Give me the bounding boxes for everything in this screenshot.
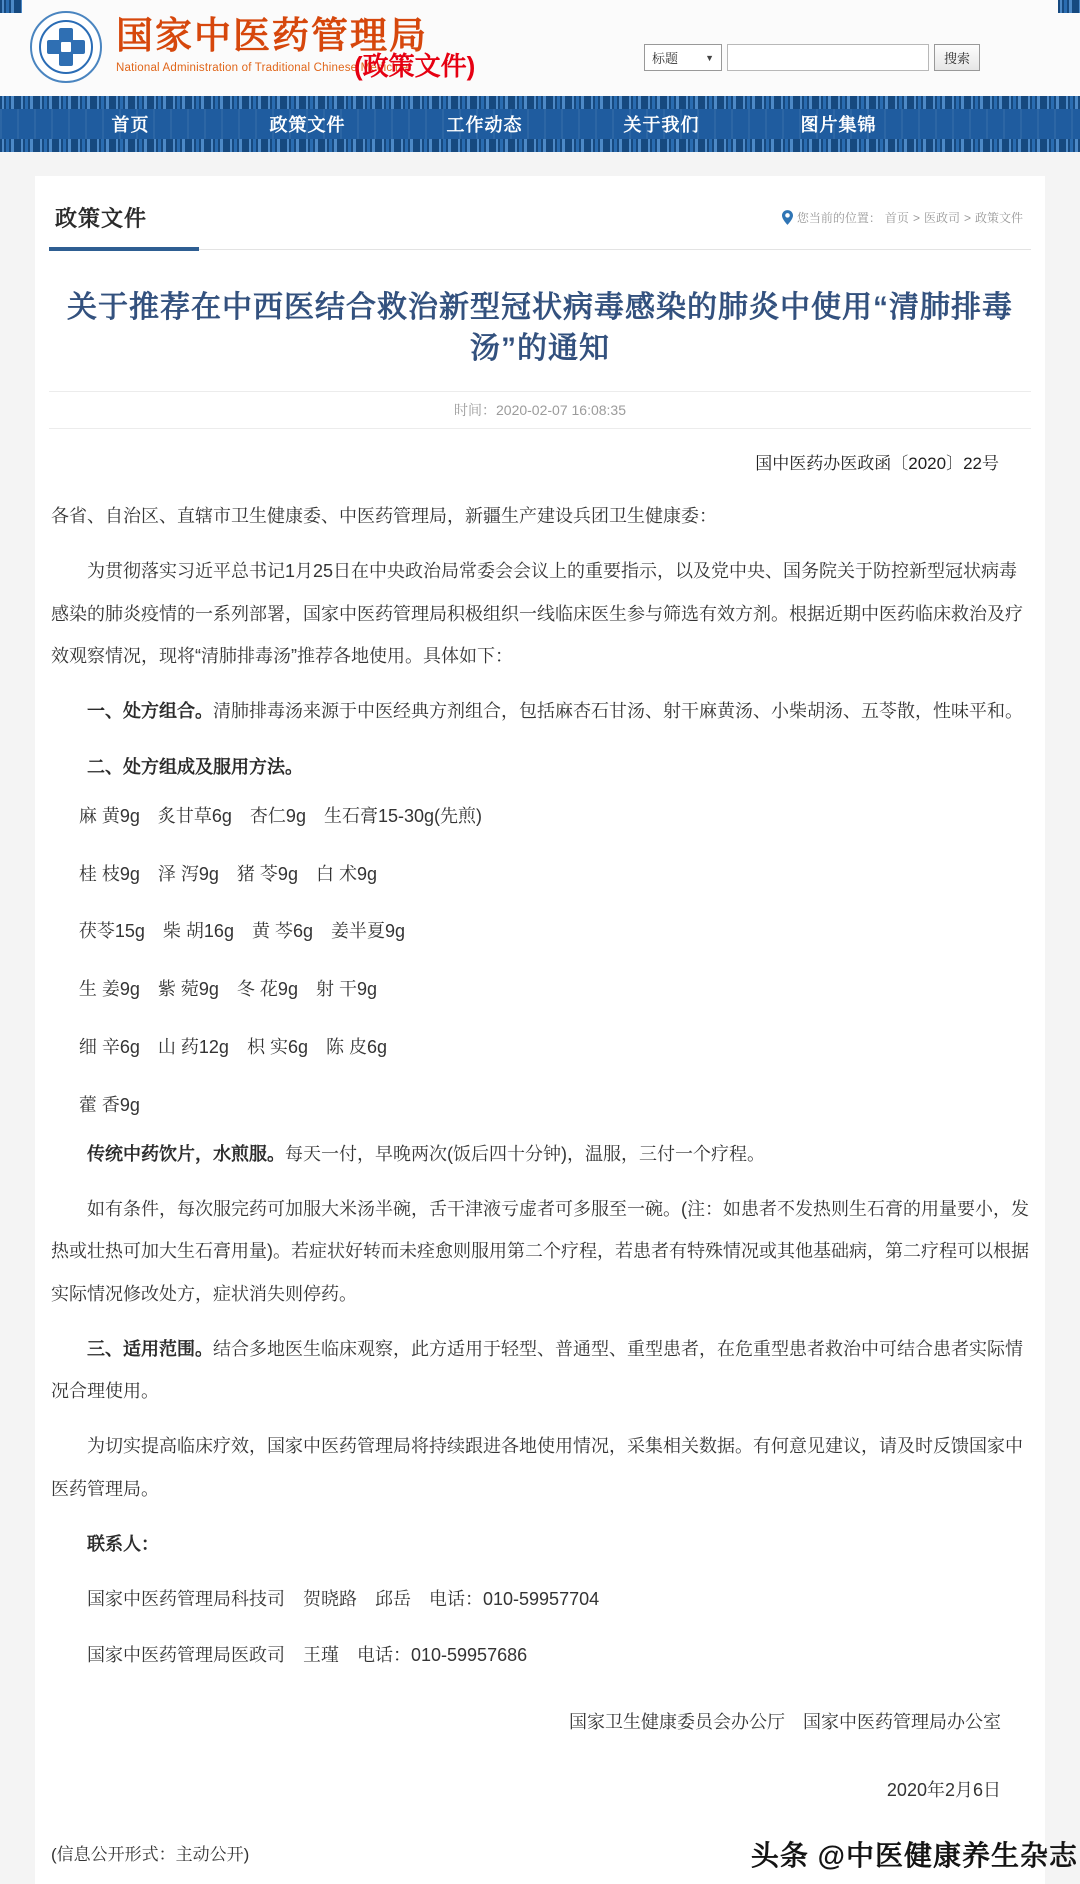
section-divider [49, 249, 1031, 250]
main-area: 政策文件 您当前的位置： 首页 > 医政司 > 政策文件 关于推荐在中西医结合救… [0, 152, 1080, 1884]
paragraph-text: 每天一付，早晚两次(饭后四十分钟)，温服，三付一个疗程。 [285, 1144, 765, 1164]
paragraph-feedback: 为切实提高临床疗效，国家中医药管理局将持续跟进各地使用情况，采集相关数据。有何意… [51, 1425, 1029, 1510]
contact-line-1: 国家中医药管理局科技司 贺晓路 邱岳 电话：010-59957704 [51, 1578, 1029, 1620]
search-category-value: 标题 [652, 48, 678, 67]
breadcrumb-dept[interactable]: 医政司 [924, 209, 960, 226]
paragraph-lead: 联系人： [87, 1534, 159, 1554]
emblem-inner-ring [39, 20, 93, 74]
nav-item-about[interactable]: 关于我们 [573, 111, 750, 137]
paragraph-usage: 传统中药饮片，水煎服。每天一付，早晚两次(饭后四十分钟)，温服，三付一个疗程。 [51, 1133, 1029, 1175]
breadcrumb: 您当前的位置： 首页 > 医政司 > 政策文件 [782, 209, 1023, 226]
frame-corner-right [1058, 0, 1080, 13]
watermark: 头条 @中医健康养生杂志 [751, 1834, 1078, 1874]
contact-heading: 联系人： [51, 1523, 1029, 1565]
active-tab-underline [49, 247, 199, 251]
breadcrumb-separator: > [964, 211, 971, 225]
content-card: 政策文件 您当前的位置： 首页 > 医政司 > 政策文件 关于推荐在中西医结合救… [35, 176, 1045, 1884]
prescription-row: 茯苓15g 柴 胡16g 黄 芩6g 姜半夏9g [79, 917, 1029, 946]
signoff-date: 2020年2月6日 [79, 1772, 1001, 1808]
paragraph-text: 为贯彻落实习近平总书记1月25日在中央政治局常委会会议上的重要指示，以及党中央、… [51, 561, 1023, 666]
contact-line-2: 国家中医药管理局医政司 王瑾 电话：010-59957686 [51, 1634, 1029, 1676]
nav-item-gallery[interactable]: 图片集锦 [750, 111, 927, 137]
salutation: 各省、自治区、直辖市卫生健康委、中医药管理局，新疆生产建设兵团卫生健康委： [51, 496, 1029, 537]
breadcrumb-home[interactable]: 首页 [885, 209, 909, 226]
prescription-row: 细 辛6g 山 药12g 枳 实6g 陈 皮6g [79, 1033, 1029, 1062]
card-head: 政策文件 您当前的位置： 首页 > 医政司 > 政策文件 [49, 176, 1031, 249]
paragraph-lead: 二、处方组成及服用方法。 [87, 757, 303, 777]
search-input[interactable] [727, 44, 929, 71]
emblem-logo [30, 11, 102, 83]
doc-number: 国中医药办医政函〔2020〕22号 [81, 449, 999, 474]
paragraph-lead: 一、处方组合。 [87, 701, 213, 721]
search-button[interactable]: 搜索 [934, 44, 980, 71]
time-label: 时间： [454, 402, 496, 418]
paragraph-section-2: 二、处方组成及服用方法。 [51, 746, 1029, 788]
breadcrumb-separator: > [913, 211, 920, 225]
prescription-row: 生 姜9g 紫 菀9g 冬 花9g 射 干9g [79, 975, 1029, 1004]
article-title: 关于推荐在中西医结合救治新型冠状病毒感染的肺炎中使用“清肺排毒汤”的通知 [49, 288, 1031, 369]
nav-item-news[interactable]: 工作动态 [396, 111, 573, 137]
search-bar: 标题 ▼ 搜索 [644, 44, 980, 71]
emblem-cross-core [61, 42, 71, 52]
page-tag: (政策文件) [354, 46, 475, 83]
main-nav: 首页 政策文件 工作动态 关于我们 图片集锦 [0, 96, 1080, 152]
section-title: 政策文件 [55, 202, 147, 233]
location-pin-icon [782, 210, 793, 225]
nav-item-policy[interactable]: 政策文件 [219, 111, 396, 137]
nav-item-home[interactable]: 首页 [42, 111, 219, 137]
prescription-row: 麻 黄9g 炙甘草6g 杏仁9g 生石膏15-30g(先煎) [79, 802, 1029, 831]
nav-fret-bottom [0, 139, 1080, 152]
prescription-row: 藿 香9g [79, 1091, 1029, 1120]
paragraph-text: 如有条件，每次服完药可加服大米汤半碗，舌干津液亏虚者可多服至一碗。(注：如患者不… [51, 1199, 1029, 1304]
prescription-row: 桂 枝9g 泽 泻9g 猪 苓9g 白 术9g [79, 860, 1029, 889]
article-meta-bar: 时间：2020-02-07 16:08:35 [49, 391, 1031, 429]
paragraph-text: 为切实提高临床疗效，国家中医药管理局将持续跟进各地使用情况，采集相关数据。有何意… [51, 1436, 1023, 1498]
paragraph-note: 如有条件，每次服完药可加服大米汤半碗，舌干津液亏虚者可多服至一碗。(注：如患者不… [51, 1188, 1029, 1315]
paragraph-lead: 传统中药饮片，水煎服。 [87, 1144, 285, 1164]
paragraph-lead: 三、适用范围。 [87, 1339, 213, 1359]
nav-row: 首页 政策文件 工作动态 关于我们 图片集锦 [0, 109, 1080, 139]
search-category-select[interactable]: 标题 ▼ [644, 44, 722, 71]
site-header: 国家中医药管理局 National Administration of Trad… [0, 0, 1080, 96]
paragraph-section-3: 三、适用范围。结合多地医生临床观察，此方适用于轻型、普通型、重型患者，在危重型患… [51, 1328, 1029, 1413]
frame-corner-left [0, 0, 22, 13]
paragraph-intro: 为贯彻落实习近平总书记1月25日在中央政治局常委会会议上的重要指示，以及党中央、… [51, 550, 1029, 677]
page-root: 国家中医药管理局 National Administration of Trad… [0, 0, 1080, 1884]
paragraph-section-1: 一、处方组合。清肺排毒汤来源于中医经典方剂组合，包括麻杏石甘汤、射干麻黄汤、小柴… [51, 690, 1029, 732]
prescription-list: 麻 黄9g 炙甘草6g 杏仁9g 生石膏15-30g(先煎) 桂 枝9g 泽 泻… [51, 802, 1029, 1120]
article-body: 国中医药办医政函〔2020〕22号 各省、自治区、直辖市卫生健康委、中医药管理局… [49, 449, 1031, 1872]
chevron-down-icon: ▼ [705, 53, 714, 63]
breadcrumb-current[interactable]: 政策文件 [975, 209, 1023, 226]
nav-fret-top [0, 96, 1080, 109]
time-value: 2020-02-07 16:08:35 [496, 402, 626, 418]
signoff-agencies: 国家卫生健康委员会办公厅 国家中医药管理局办公室 [79, 1704, 1001, 1740]
breadcrumb-prefix: 您当前的位置： [797, 209, 881, 226]
paragraph-text: 清肺排毒汤来源于中医经典方剂组合，包括麻杏石甘汤、射干麻黄汤、小柴胡汤、五苓散，… [213, 701, 1023, 721]
